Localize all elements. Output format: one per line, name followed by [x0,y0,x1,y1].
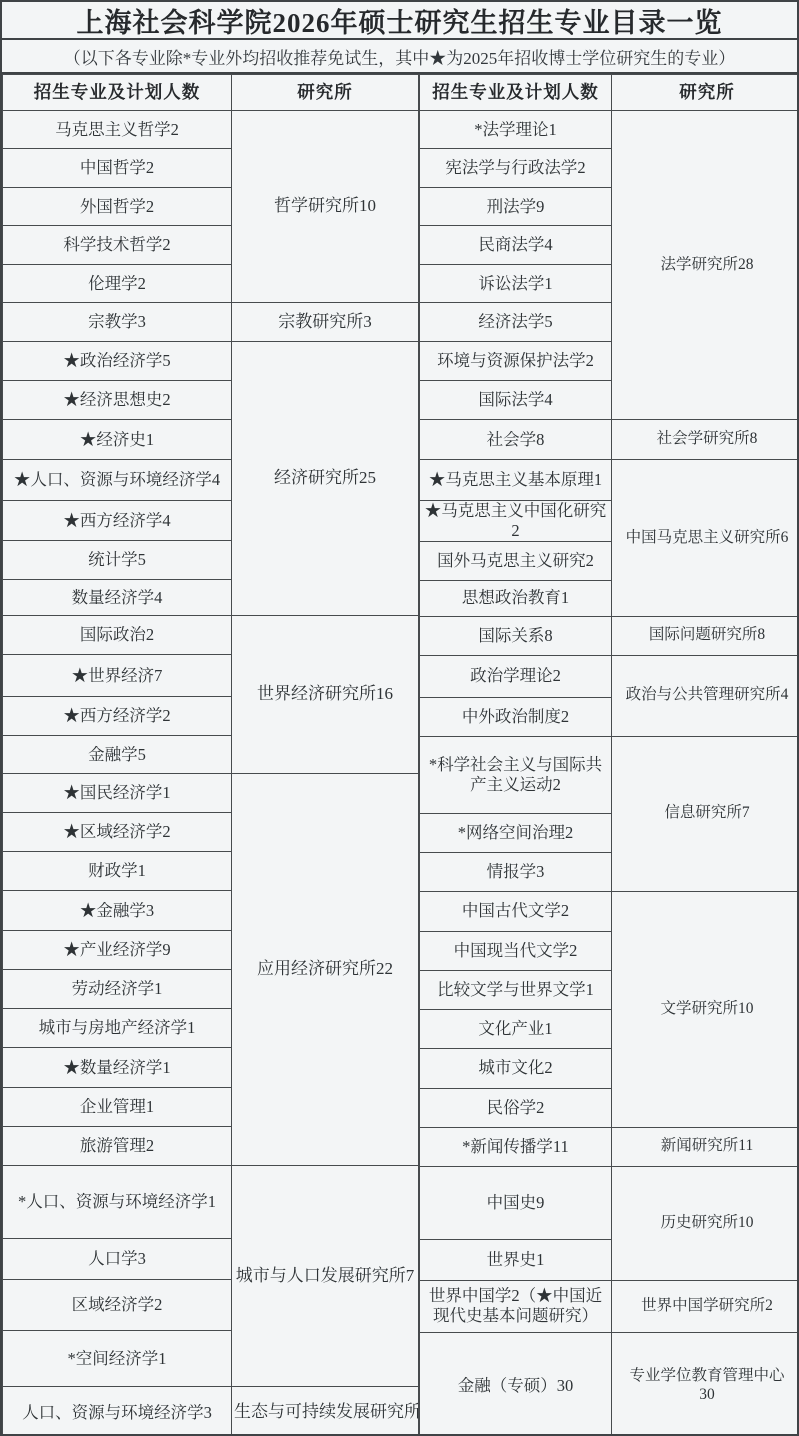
page-subtitle: （以下各专业除*专业外均招收推荐免试生，其中★为2025年招收博士学位研究生的专… [2,40,797,74]
major-cell: ★人口、资源与环境经济学4 [3,460,232,501]
major-cell: 国外马克思主义研究2 [420,541,612,580]
major-cell: *空间经济学1 [3,1331,232,1387]
right-table-header: 招生专业及计划人数 研究所 [420,75,799,111]
major-cell: 人口学3 [3,1239,232,1280]
major-cell: 国际法学4 [420,381,612,420]
major-cell: 中外政治制度2 [420,697,612,736]
major-cell: 文化产业1 [420,1009,612,1048]
table-row: 中国史9历史研究所10 [420,1166,799,1239]
major-cell: ★西方经济学2 [3,697,232,736]
major-cell: ★区域经济学2 [3,813,232,852]
table-row: 国际关系8国际问题研究所8 [420,616,799,655]
major-cell: 宗教学3 [3,303,232,342]
major-cell: ★经济史1 [3,420,232,460]
major-cell: *新闻传播学11 [420,1127,612,1166]
major-cell: 宪法学与行政法学2 [420,149,612,188]
institute-cell: 宗教研究所3 [232,303,419,342]
major-cell: 世界中国学2（★中国近现代史基本问题研究） [420,1280,612,1332]
major-cell: *法学理论1 [420,111,612,149]
major-cell: 伦理学2 [3,265,232,303]
major-cell: 人口、资源与环境经济学3 [3,1387,232,1436]
major-cell: ★世界经济7 [3,655,232,697]
major-cell: 外国哲学2 [3,188,232,226]
column-header-institute-left: 研究所 [232,75,419,111]
table-row: 政治学理论2政治与公共管理研究所4 [420,655,799,697]
major-cell: 马克思主义哲学2 [3,111,232,149]
column-header-institute-right: 研究所 [612,75,799,111]
major-cell: 情报学3 [420,852,612,891]
major-cell: ★政治经济学5 [3,342,232,381]
major-cell: ★国民经济学1 [3,774,232,813]
major-cell: 政治学理论2 [420,655,612,697]
table-row: 马克思主义哲学2哲学研究所10 [3,111,419,149]
catalog-tables: 招生专业及计划人数 研究所 马克思主义哲学2哲学研究所10中国哲学2外国哲学2科… [2,74,797,1436]
major-cell: 数量经济学4 [3,580,232,616]
institute-cell: 政治与公共管理研究所4 [612,655,799,736]
major-cell: 劳动经济学1 [3,970,232,1009]
institute-cell: 中国马克思主义研究所6 [612,460,799,617]
column-header-majors-left: 招生专业及计划人数 [3,75,232,111]
major-cell: 国际政治2 [3,616,232,655]
left-table-header: 招生专业及计划人数 研究所 [3,75,419,111]
major-cell: 金融（专硕）30 [420,1332,612,1436]
institute-cell: 世界经济研究所16 [232,616,419,774]
table-row: *科学社会主义与国际共产主义运动2信息研究所7 [420,736,799,813]
major-cell: 社会学8 [420,420,612,460]
major-cell: 比较文学与世界文学1 [420,970,612,1009]
institute-cell: 生态与可持续发展研究所3 [232,1387,419,1436]
institute-cell: 应用经济研究所22 [232,774,419,1166]
header-row: 招生专业及计划人数 研究所 [420,75,799,111]
table-row: ★马克思主义基本原理1中国马克思主义研究所6 [420,460,799,501]
major-cell: 思想政治教育1 [420,580,612,616]
institute-cell: 社会学研究所8 [612,420,799,460]
column-header-majors-right: 招生专业及计划人数 [420,75,612,111]
major-cell: ★产业经济学9 [3,931,232,970]
major-cell: ★金融学3 [3,891,232,931]
major-cell: 民商法学4 [420,226,612,265]
major-cell: 中国哲学2 [3,149,232,188]
table-row: 国际政治2世界经济研究所16 [3,616,419,655]
institute-cell: 历史研究所10 [612,1166,799,1280]
institute-cell: 新闻研究所11 [612,1127,799,1166]
major-cell: 诉讼法学1 [420,265,612,303]
page-title: 上海社会科学院2026年硕士研究生招生专业目录一览 [2,2,797,40]
institute-cell: 法学研究所28 [612,111,799,420]
major-cell: 中国史9 [420,1166,612,1239]
major-cell: *科学社会主义与国际共产主义运动2 [420,736,612,813]
major-cell: 世界史1 [420,1239,612,1280]
right-catalog-table: 招生专业及计划人数 研究所 *法学理论1法学研究所28宪法学与行政法学2刑法学9… [419,74,799,1436]
table-row: 人口、资源与环境经济学3生态与可持续发展研究所3 [3,1387,419,1436]
institute-cell: 信息研究所7 [612,736,799,891]
table-row: *人口、资源与环境经济学1城市与人口发展研究所7 [3,1166,419,1239]
table-row: 宗教学3宗教研究所3 [3,303,419,342]
table-row: *法学理论1法学研究所28 [420,111,799,149]
major-cell: ★马克思主义基本原理1 [420,460,612,501]
major-cell: 城市文化2 [420,1048,612,1088]
major-cell: 科学技术哲学2 [3,226,232,265]
institute-cell: 哲学研究所10 [232,111,419,303]
institute-cell: 城市与人口发展研究所7 [232,1166,419,1387]
major-cell: 中国现当代文学2 [420,931,612,970]
table-row: 金融（专硕）30专业学位教育管理中心 30 [420,1332,799,1436]
header-row: 招生专业及计划人数 研究所 [3,75,419,111]
major-cell: 民俗学2 [420,1088,612,1127]
major-cell: 环境与资源保护法学2 [420,342,612,381]
left-table-body: 马克思主义哲学2哲学研究所10中国哲学2外国哲学2科学技术哲学2伦理学2宗教学3… [3,111,419,1436]
major-cell: 旅游管理2 [3,1127,232,1166]
right-table-body: *法学理论1法学研究所28宪法学与行政法学2刑法学9民商法学4诉讼法学1经济法学… [420,111,799,1436]
institute-cell: 专业学位教育管理中心 30 [612,1332,799,1436]
major-cell: 城市与房地产经济学1 [3,1009,232,1048]
major-cell: *网络空间治理2 [420,813,612,852]
major-cell: 经济法学5 [420,303,612,342]
major-cell: ★数量经济学1 [3,1048,232,1088]
table-row: *新闻传播学11新闻研究所11 [420,1127,799,1166]
major-cell: 中国古代文学2 [420,891,612,931]
institute-cell: 经济研究所25 [232,342,419,616]
institute-cell: 国际问题研究所8 [612,616,799,655]
major-cell: 金融学5 [3,736,232,774]
major-cell: 刑法学9 [420,188,612,226]
major-cell: *人口、资源与环境经济学1 [3,1166,232,1239]
table-row: ★国民经济学1应用经济研究所22 [3,774,419,813]
left-catalog-table: 招生专业及计划人数 研究所 马克思主义哲学2哲学研究所10中国哲学2外国哲学2科… [2,74,419,1436]
major-cell: 国际关系8 [420,616,612,655]
institute-cell: 世界中国学研究所2 [612,1280,799,1332]
major-cell: ★西方经济学4 [3,501,232,541]
admission-catalog-sheet: 上海社会科学院2026年硕士研究生招生专业目录一览 （以下各专业除*专业外均招收… [0,0,799,1436]
major-cell: 统计学5 [3,541,232,580]
major-cell: ★马克思主义中国化研究2 [420,501,612,542]
table-row: 社会学8社会学研究所8 [420,420,799,460]
table-row: ★政治经济学5经济研究所25 [3,342,419,381]
major-cell: 区域经济学2 [3,1280,232,1331]
major-cell: 企业管理1 [3,1088,232,1127]
major-cell: ★经济思想史2 [3,381,232,420]
institute-cell: 文学研究所10 [612,891,799,1127]
table-row: 中国古代文学2文学研究所10 [420,891,799,931]
table-row: 世界中国学2（★中国近现代史基本问题研究）世界中国学研究所2 [420,1280,799,1332]
major-cell: 财政学1 [3,852,232,891]
